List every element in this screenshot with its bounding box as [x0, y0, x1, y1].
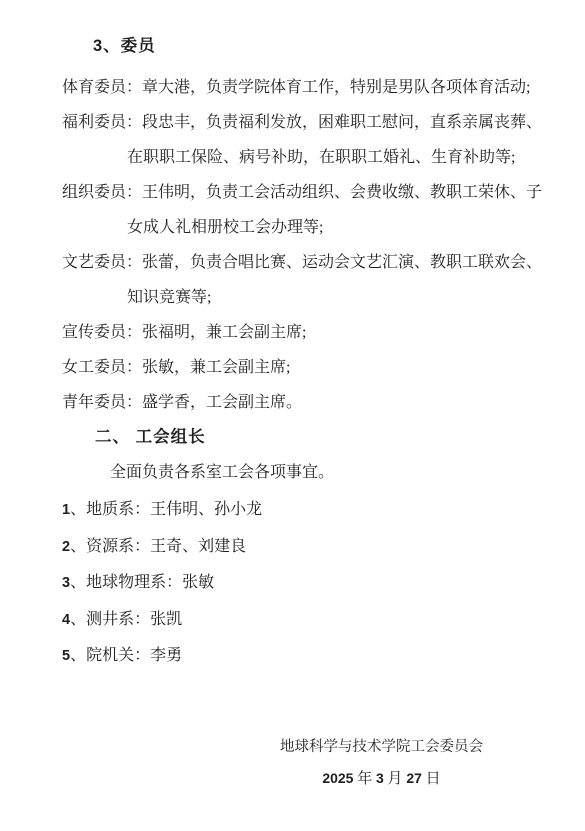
item-text: 、院机关：李勇 — [70, 647, 182, 664]
leaders-list: 1、地质系：王伟明、孙小龙 2、资源系：王奇、刘建良 3、地球物理系：张敏 4、… — [62, 500, 535, 683]
item-text: 、地球物理系：张敏 — [70, 574, 214, 591]
signature-block: 地球科学与技术学院工会委员会 2025 年 3 月 27 日 — [280, 737, 483, 789]
date-year-unit: 年 — [353, 771, 376, 787]
leaders-intro: 全面负责各系室工会各项事宜。 — [110, 463, 535, 500]
item-text: 、测井系：张凯 — [70, 611, 182, 628]
date-day: 27 — [406, 770, 422, 786]
committee-entry-line: 宣传委员：张福明，兼工会副主席; — [62, 323, 535, 358]
committee-entry-line: 福利委员：段忠丰，负责福利发放，困难职工慰问，直系亲属丧葬、 — [62, 113, 535, 148]
sign-date: 2025 年 3 月 27 日 — [322, 768, 440, 789]
date-day-unit: 日 — [422, 771, 441, 787]
item-text: 、资源系：王奇、刘建良 — [70, 538, 246, 555]
committee-entry-line: 女工委员：张敏，兼工会副主席; — [62, 358, 535, 393]
item-number: 1 — [62, 502, 70, 518]
committee-entry-line: 知识竞赛等; — [127, 288, 535, 323]
committee-entry-line: 青年委员：盛学香，工会副主席。 — [62, 393, 535, 428]
committee-entry-line: 在职职工保险、病号补助，在职职工婚礼、生育补助等; — [127, 148, 535, 183]
committee-entry-line: 女成人礼相册校工会办理等; — [127, 218, 535, 253]
organization-name: 地球科学与技术学院工会委员会 — [280, 737, 483, 757]
item-number: 4 — [62, 612, 70, 628]
document-page: 3、委员 体育委员：章大港，负责学院体育工作，特别是男队各项体育活动; 福利委员… — [0, 0, 585, 831]
committee-entry-line: 文艺委员：张蕾，负责合唱比赛、运动会文艺汇演、教职工联欢会、 — [62, 253, 535, 288]
date-month-unit: 月 — [384, 771, 407, 787]
item-number: 2 — [62, 539, 70, 555]
document-content: 3、委员 体育委员：章大港，负责学院体育工作，特别是男队各项体育活动; 福利委员… — [0, 0, 585, 789]
date-month: 3 — [376, 770, 384, 786]
leader-item: 1、地质系：王伟明、孙小龙 — [62, 500, 535, 537]
section-leaders-heading: 二、 工会组长 — [95, 428, 535, 463]
footer-signature: 地球科学与技术学院工会委员会 2025 年 3 月 27 日 — [62, 737, 535, 789]
item-number: 5 — [62, 648, 70, 664]
leader-item: 2、资源系：王奇、刘建良 — [62, 537, 535, 574]
leader-item: 3、地球物理系：张敏 — [62, 573, 535, 610]
section-committee-heading: 3、委员 — [93, 38, 535, 55]
leader-item: 5、院机关：李勇 — [62, 646, 535, 683]
committee-entries: 体育委员：章大港，负责学院体育工作，特别是男队各项体育活动; 福利委员：段忠丰，… — [62, 78, 535, 428]
committee-entry-line: 组织委员：王伟明，负责工会活动组织、会费收缴、教职工荣休、子 — [62, 183, 535, 218]
committee-entry-line: 体育委员：章大港，负责学院体育工作，特别是男队各项体育活动; — [62, 78, 535, 113]
item-text: 、地质系：王伟明、孙小龙 — [70, 501, 262, 518]
leader-item: 4、测井系：张凯 — [62, 610, 535, 647]
date-year: 2025 — [322, 770, 353, 786]
item-number: 3 — [62, 575, 70, 591]
